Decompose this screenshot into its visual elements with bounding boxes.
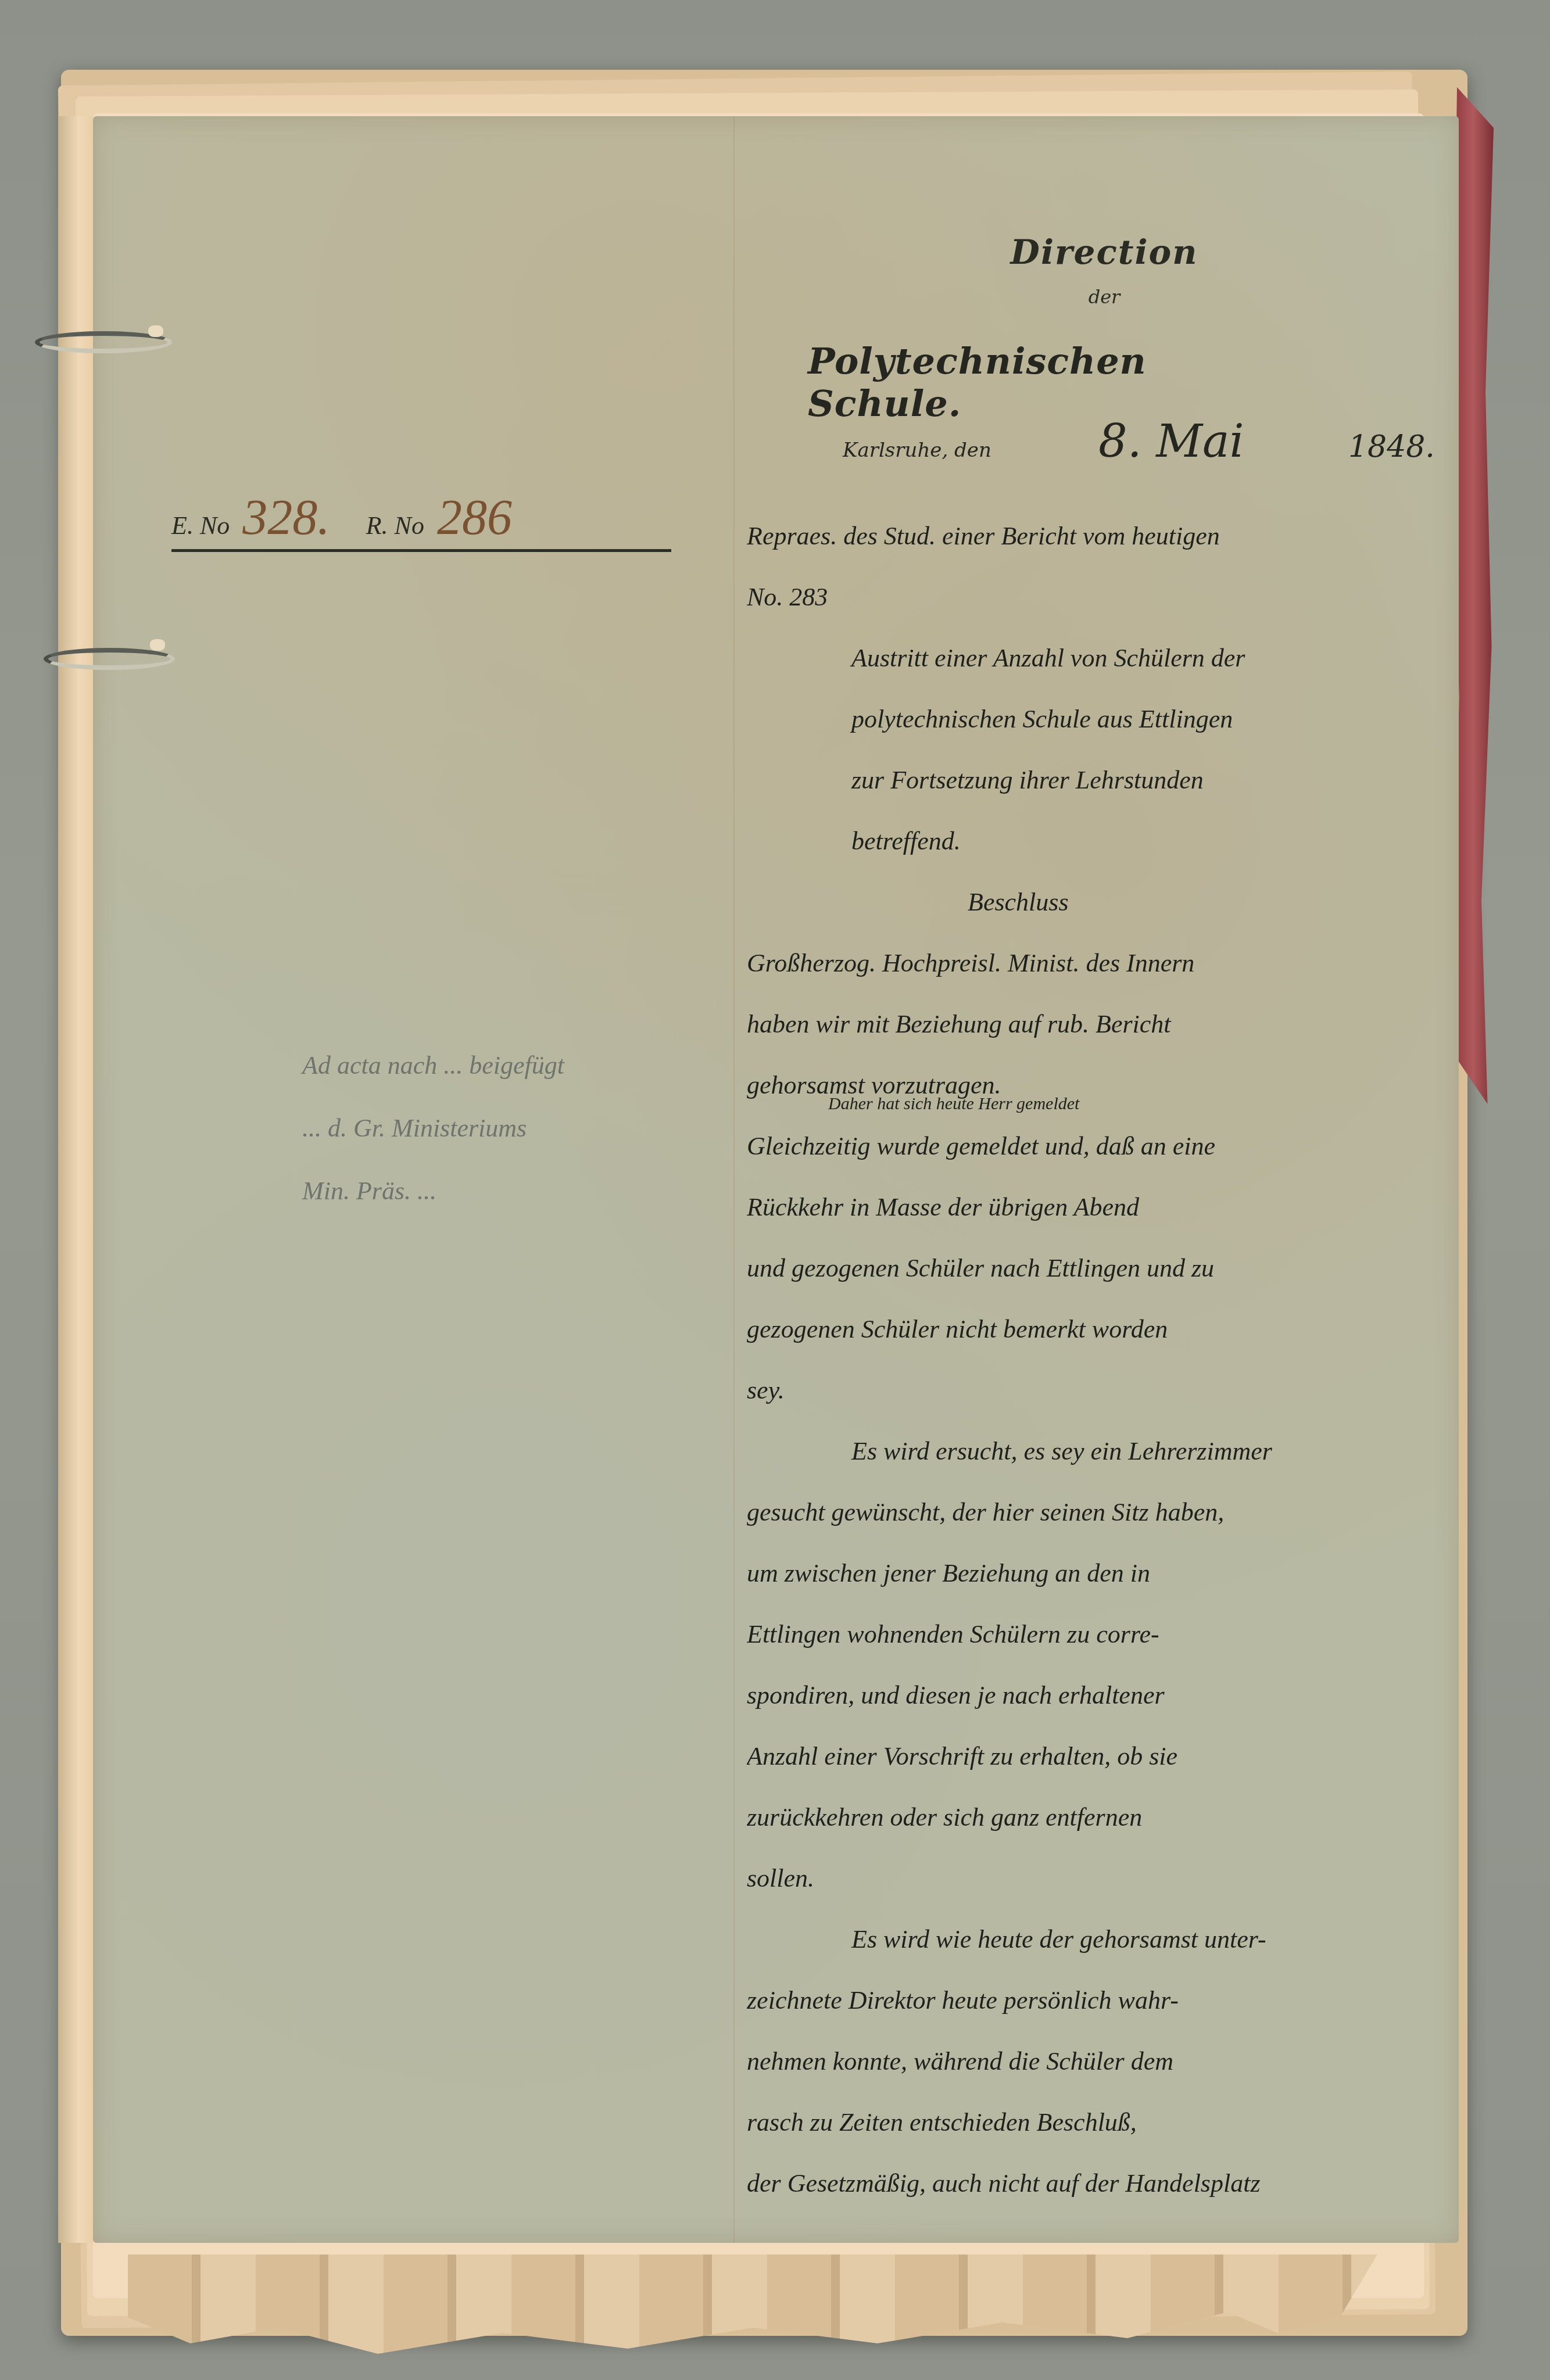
body-line: sollen. [747, 1848, 1421, 1909]
binding-hole [148, 325, 163, 337]
pencil-note-line: Min. Präs. ... [302, 1160, 663, 1223]
body-line: Es wird wie heute der gehorsamst unter- [747, 1909, 1421, 1970]
body-line: nehmen konnte, während die Schüler dem [747, 2031, 1421, 2092]
pencil-note-line: Ad acta nach ... beigefügt [302, 1034, 663, 1097]
letterhead: Direction der [930, 232, 1279, 308]
body-line: Es wird ersucht, es sey ein Lehrerzimmer [747, 1421, 1421, 1482]
subject-line: polytechnischen Schule aus Ettlingen [747, 689, 1421, 750]
body-line: Ettlingen wohnenden Schülern zu corre- [747, 1604, 1421, 1665]
body-line: sey. [747, 1360, 1421, 1421]
body-line: um zwischen jener Beziehung an den in [747, 1543, 1421, 1604]
letterhead-der: der [930, 286, 1279, 308]
dateline: Karlsruhe, den 8. Mai 1848. [843, 415, 1436, 468]
body-line: rasch zu Zeiten entschieden Beschluß, [747, 2092, 1421, 2153]
body-line: Repraes. des Stud. einer Bericht vom heu… [747, 506, 1421, 567]
e-number: 328. [242, 488, 330, 546]
pencil-note-line: ... d. Gr. Ministeriums [302, 1097, 663, 1160]
binding-string-icon [44, 648, 175, 670]
body-line: gezogenen Schüler nicht bemerkt worden [747, 1299, 1421, 1360]
body-line: der Gesetzmäßig, auch nicht auf der Hand… [747, 2153, 1421, 2214]
fold-line [733, 116, 735, 2243]
red-binding-ribbon [1453, 87, 1494, 1104]
body-line: spondiren, und diesen je nach erhaltener [747, 1665, 1421, 1726]
letterhead-school: Polytechnischen Schule. [808, 340, 1284, 425]
subject-line: zur Fortsetzung ihrer Lehrstunden [747, 750, 1421, 811]
body-line: zeichnete Direktor heute persönlich wahr… [747, 1970, 1421, 2031]
section-heading: Beschluss [747, 872, 1421, 933]
body-line: Großherzog. Hochpreisl. Minist. des Inne… [747, 933, 1421, 994]
handwritten-body: Repraes. des Stud. einer Bericht vom heu… [747, 506, 1421, 2214]
subject-line: betreffend. [747, 811, 1421, 872]
registry-numbers: E. No 328. R. No 286 [171, 488, 671, 546]
torn-page-edges [128, 2254, 1377, 2359]
body-line: gesucht gewünscht, der hier seinen Sitz … [747, 1482, 1421, 1543]
body-line: Anzahl einer Vorschrift zu erhalten, ob … [747, 1726, 1421, 1787]
body-line: Gleichzeitig wurde gemeldet und, daß an … [747, 1116, 1421, 1177]
e-number-label: E. No [171, 511, 230, 540]
r-number-label: R. No [366, 511, 424, 540]
body-line: No. 283 [747, 567, 1421, 628]
binding-hole [150, 639, 165, 651]
r-number: 286 [437, 488, 512, 546]
body-line: Rückkehr in Masse der übrigen Abend [747, 1177, 1421, 1238]
date-year: 1848. [1348, 429, 1435, 464]
date-day-month: 8. Mai [1098, 415, 1296, 468]
body-line: haben wir mit Beziehung auf rub. Bericht [747, 994, 1421, 1055]
date-place: Karlsruhe, den [843, 439, 1098, 462]
registry-underline [171, 549, 671, 552]
spine-strip [58, 116, 93, 2243]
subject-line: Austritt einer Anzahl von Schülern der [747, 628, 1421, 689]
body-line: und gezogenen Schüler nach Ettlingen und… [747, 1238, 1421, 1299]
body-line: zurückkehren oder sich ganz entfernen [747, 1787, 1421, 1848]
pencil-marginal-note: Ad acta nach ... beigefügt ... d. Gr. Mi… [302, 1034, 663, 1223]
letterhead-direction: Direction [930, 232, 1279, 272]
